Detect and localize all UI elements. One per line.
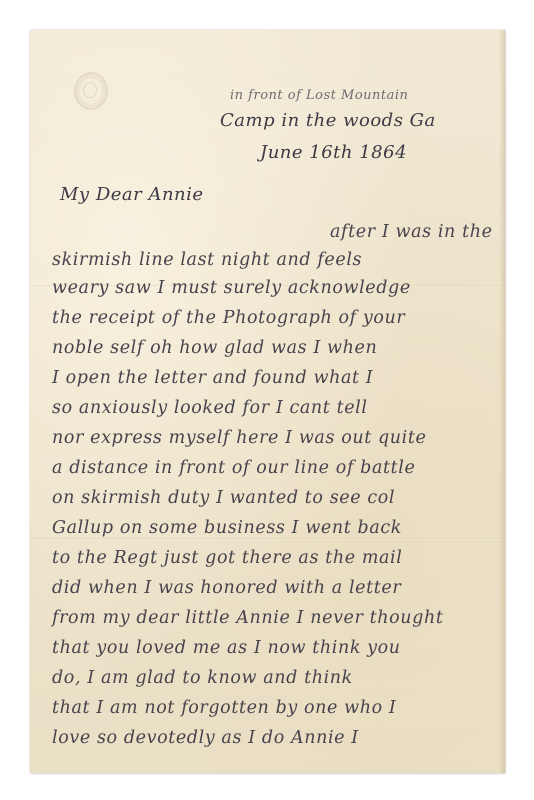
body-line: nor express myself here I was out quite (52, 428, 426, 448)
body-line: on skirmish duty I wanted to see col (52, 488, 395, 508)
body-line: from my dear little Annie I never though… (52, 608, 443, 628)
body-line: weary saw I must surely acknowledge (52, 278, 411, 298)
body-line: a distance in front of our line of battl… (52, 458, 415, 478)
heading-location-line-1: in front of Lost Mountain (230, 88, 408, 103)
letter-page: in front of Lost Mountain Camp in the wo… (30, 30, 505, 773)
body-line: love so devotedly as I do Annie I (52, 728, 359, 748)
body-line: so anxiously looked for I cant tell (52, 398, 368, 418)
body-line: that you loved me as I now think you (52, 638, 401, 658)
salutation: My Dear Annie (60, 184, 204, 205)
embossed-seal-icon (74, 72, 108, 110)
body-line: after I was in the (330, 222, 493, 242)
heading-date: June 16th 1864 (260, 142, 407, 163)
fold-crease (30, 538, 505, 540)
body-line: noble self oh how glad was I when (52, 338, 377, 358)
body-line: the receipt of the Photograph of your (52, 308, 405, 328)
body-line: skirmish line last night and feels (52, 250, 362, 270)
body-line: I open the letter and found what I (52, 368, 373, 388)
heading-location-line-2: Camp in the woods Ga (220, 110, 436, 131)
body-line: do, I am glad to know and think (52, 668, 353, 688)
body-line: that I am not forgotten by one who I (52, 698, 396, 718)
body-line: did when I was honored with a letter (52, 578, 401, 598)
body-line: Gallup on some business I went back (52, 518, 402, 538)
body-line: to the Regt just got there as the mail (52, 548, 402, 568)
